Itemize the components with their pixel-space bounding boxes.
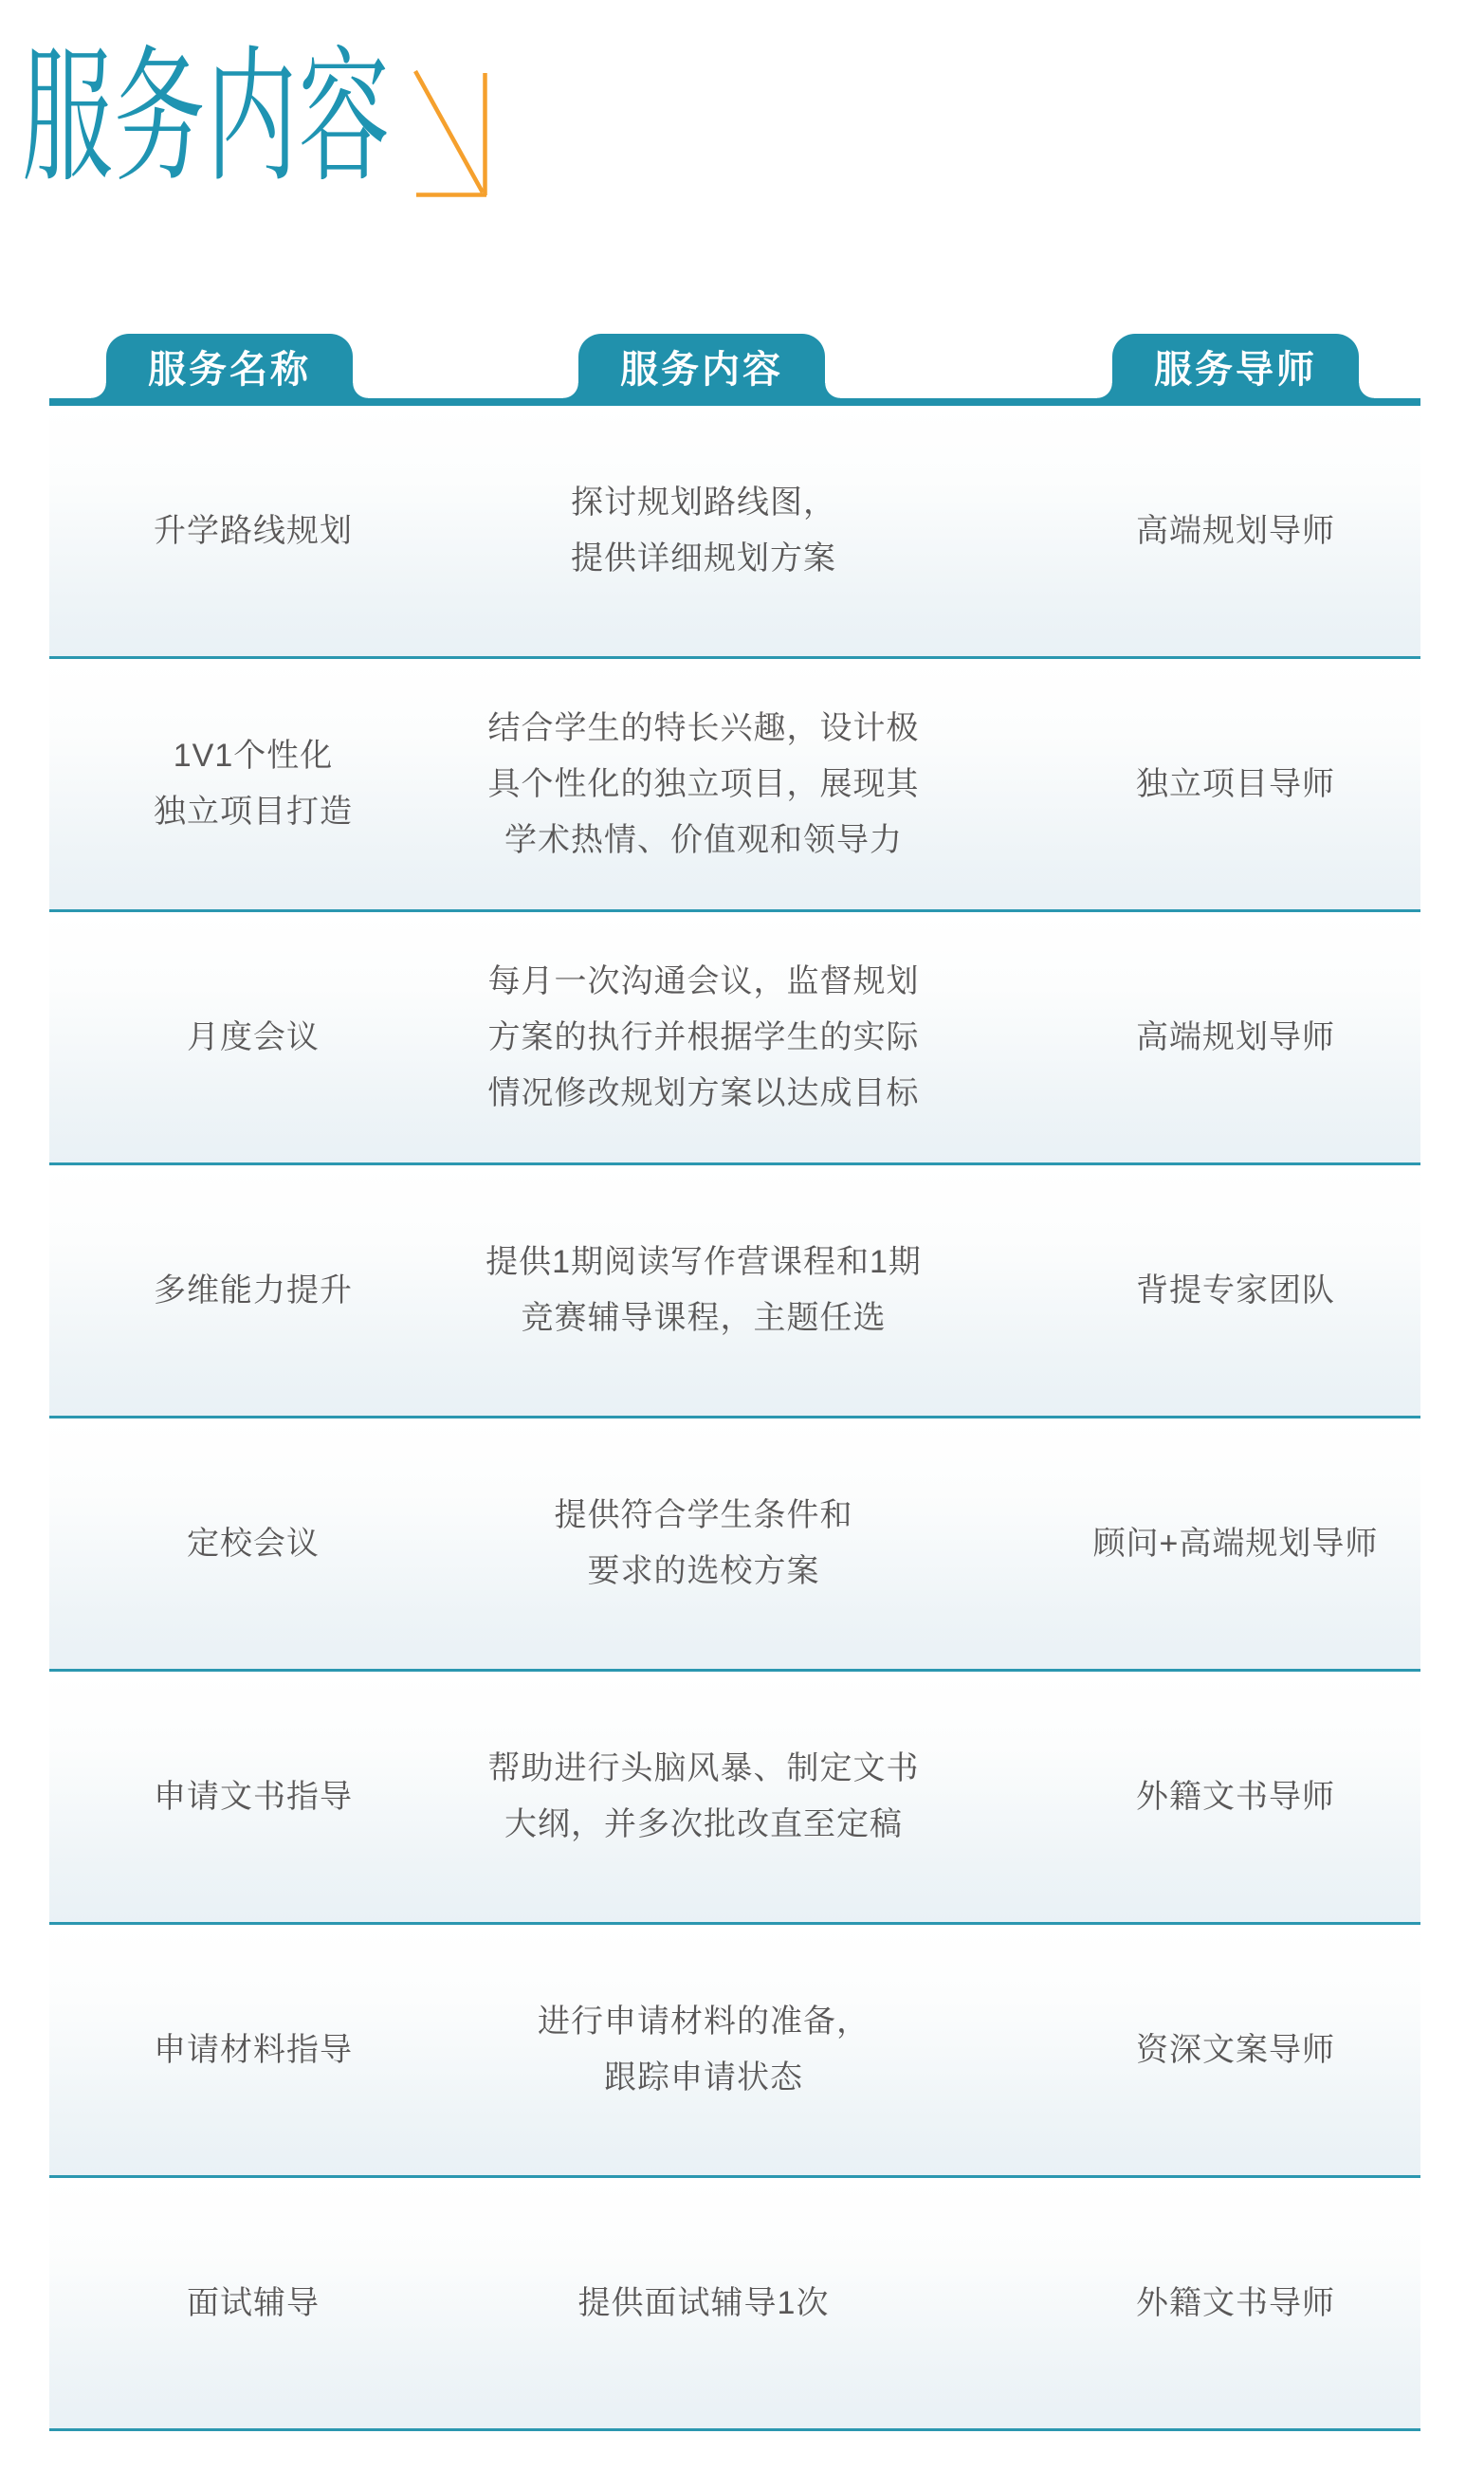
service-mentor: 外籍文书导师 <box>1051 2276 1420 2332</box>
service-mentor-cell: 高端规划导师 <box>1051 1010 1420 1066</box>
table-row: 多维能力提升 提供1期阅读写作营课程和1期竞赛辅导课程，主题任选 背提专家团队 <box>49 1165 1420 1418</box>
service-content-cell: 探讨规划路线图，提供详细规划方案 <box>457 475 950 587</box>
header-tab-label: 服务导师 <box>1154 339 1317 393</box>
service-name-cell: 1V1个性化独立项目打造 <box>49 728 457 840</box>
service-name-line: 面试辅导 <box>49 2276 457 2332</box>
table-row: 定校会议 提供符合学生条件和要求的选校方案 顾问+高端规划导师 <box>49 1418 1420 1672</box>
service-content-line: 每月一次沟通会议，监督规划 <box>457 954 950 1010</box>
service-content-cell: 提供面试辅导1次 <box>457 2276 950 2332</box>
service-content-line: 要求的选校方案 <box>457 1544 950 1600</box>
service-mentor: 背提专家团队 <box>1051 1263 1420 1319</box>
service-content-line: 跟踪申请状态 <box>457 2050 950 2106</box>
header-tab: 服务导师 <box>1112 334 1359 398</box>
header-tab-label: 服务内容 <box>620 339 783 393</box>
page: 服务内容 服务名称 服务内容 服务导师 升学路线规划 探讨规划路线图，提供详细规… <box>0 0 1484 2489</box>
service-content-line: 竞赛辅导课程，主题任选 <box>457 1290 950 1346</box>
service-content-cell: 帮助进行头脑风暴、制定文书大纲，并多次批改直至定稿 <box>457 1741 950 1853</box>
service-name-line: 独立项目打造 <box>49 784 457 840</box>
service-mentor: 外籍文书导师 <box>1051 1769 1420 1825</box>
page-title: 服务内容 <box>22 44 391 191</box>
service-content-line: 情况修改规划方案以达成目标 <box>457 1066 950 1122</box>
service-mentor: 顾问+高端规划导师 <box>1051 1516 1420 1572</box>
down-right-arrow-icon <box>412 68 488 198</box>
service-name-cell: 多维能力提升 <box>49 1263 457 1319</box>
service-content-cell: 提供符合学生条件和要求的选校方案 <box>457 1488 950 1600</box>
service-name-cell: 定校会议 <box>49 1516 457 1572</box>
service-name-line: 定校会议 <box>49 1516 457 1572</box>
service-name-cell: 升学路线规划 <box>49 503 457 559</box>
service-mentor: 独立项目导师 <box>1051 757 1420 813</box>
table-row: 面试辅导 提供面试辅导1次 外籍文书导师 <box>49 2178 1420 2431</box>
service-content-line: 帮助进行头脑风暴、制定文书 <box>457 1741 950 1797</box>
service-content-line: 提供符合学生条件和 <box>457 1488 950 1544</box>
service-name-line: 1V1个性化 <box>49 728 457 784</box>
service-content-cell: 每月一次沟通会议，监督规划方案的执行并根据学生的实际情况修改规划方案以达成目标 <box>457 954 950 1122</box>
service-content-cell: 提供1期阅读写作营课程和1期竞赛辅导课程，主题任选 <box>457 1235 950 1346</box>
table-row: 1V1个性化独立项目打造 结合学生的特长兴趣，设计极具个性化的独立项目，展现其学… <box>49 659 1420 912</box>
service-content-line: 结合学生的特长兴趣，设计极 <box>457 701 950 757</box>
header-tab-label: 服务名称 <box>148 339 311 393</box>
service-table: 升学路线规划 探讨规划路线图，提供详细规划方案 高端规划导师 1V1个性化独立项… <box>49 406 1420 2431</box>
table-row: 月度会议 每月一次沟通会议，监督规划方案的执行并根据学生的实际情况修改规划方案以… <box>49 912 1420 1165</box>
page-title-block: 服务内容 <box>22 44 598 205</box>
service-name-line: 多维能力提升 <box>49 1263 457 1319</box>
service-mentor: 高端规划导师 <box>1051 1010 1420 1066</box>
header-tab: 服务内容 <box>578 334 825 398</box>
service-mentor-cell: 背提专家团队 <box>1051 1263 1420 1319</box>
service-mentor-cell: 高端规划导师 <box>1051 503 1420 559</box>
service-content-cell: 进行申请材料的准备，跟踪申请状态 <box>457 1994 950 2106</box>
service-mentor-cell: 资深文案导师 <box>1051 2022 1420 2078</box>
service-content-line: 进行申请材料的准备， <box>457 1994 950 2050</box>
service-name-cell: 月度会议 <box>49 1010 457 1066</box>
table-header: 服务名称 服务内容 服务导师 <box>49 334 1420 406</box>
header-tabs: 服务名称 服务内容 服务导师 <box>49 334 1420 398</box>
service-name-cell: 申请文书指导 <box>49 1769 457 1825</box>
service-content-line: 提供1期阅读写作营课程和1期 <box>457 1235 950 1290</box>
service-mentor: 高端规划导师 <box>1051 503 1420 559</box>
service-mentor-cell: 外籍文书导师 <box>1051 1769 1420 1825</box>
service-name-line: 申请材料指导 <box>49 2022 457 2078</box>
service-name-line: 升学路线规划 <box>49 503 457 559</box>
service-content-line: 学术热情、价值观和领导力 <box>457 813 950 869</box>
table-row: 申请材料指导 进行申请材料的准备，跟踪申请状态 资深文案导师 <box>49 1925 1420 2178</box>
service-mentor-cell: 独立项目导师 <box>1051 757 1420 813</box>
service-content-line: 大纲，并多次批改直至定稿 <box>457 1797 950 1853</box>
service-mentor: 资深文案导师 <box>1051 2022 1420 2078</box>
header-tab: 服务名称 <box>106 334 353 398</box>
service-mentor-cell: 外籍文书导师 <box>1051 2276 1420 2332</box>
service-content-cell: 结合学生的特长兴趣，设计极具个性化的独立项目，展现其学术热情、价值观和领导力 <box>457 701 950 869</box>
service-content-line: 提供详细规划方案 <box>457 531 950 587</box>
table-row: 升学路线规划 探讨规划路线图，提供详细规划方案 高端规划导师 <box>49 406 1420 659</box>
service-content-line: 探讨规划路线图， <box>457 475 950 531</box>
service-name-line: 申请文书指导 <box>49 1769 457 1825</box>
service-content-line: 方案的执行并根据学生的实际 <box>457 1010 950 1066</box>
service-name-cell: 申请材料指导 <box>49 2022 457 2078</box>
service-name-line: 月度会议 <box>49 1010 457 1066</box>
service-mentor-cell: 顾问+高端规划导师 <box>1051 1516 1420 1572</box>
service-name-cell: 面试辅导 <box>49 2276 457 2332</box>
service-content-line: 具个性化的独立项目，展现其 <box>457 757 950 813</box>
header-bar <box>49 398 1420 406</box>
service-content-line: 提供面试辅导1次 <box>457 2276 950 2332</box>
table-row: 申请文书指导 帮助进行头脑风暴、制定文书大纲，并多次批改直至定稿 外籍文书导师 <box>49 1672 1420 1925</box>
